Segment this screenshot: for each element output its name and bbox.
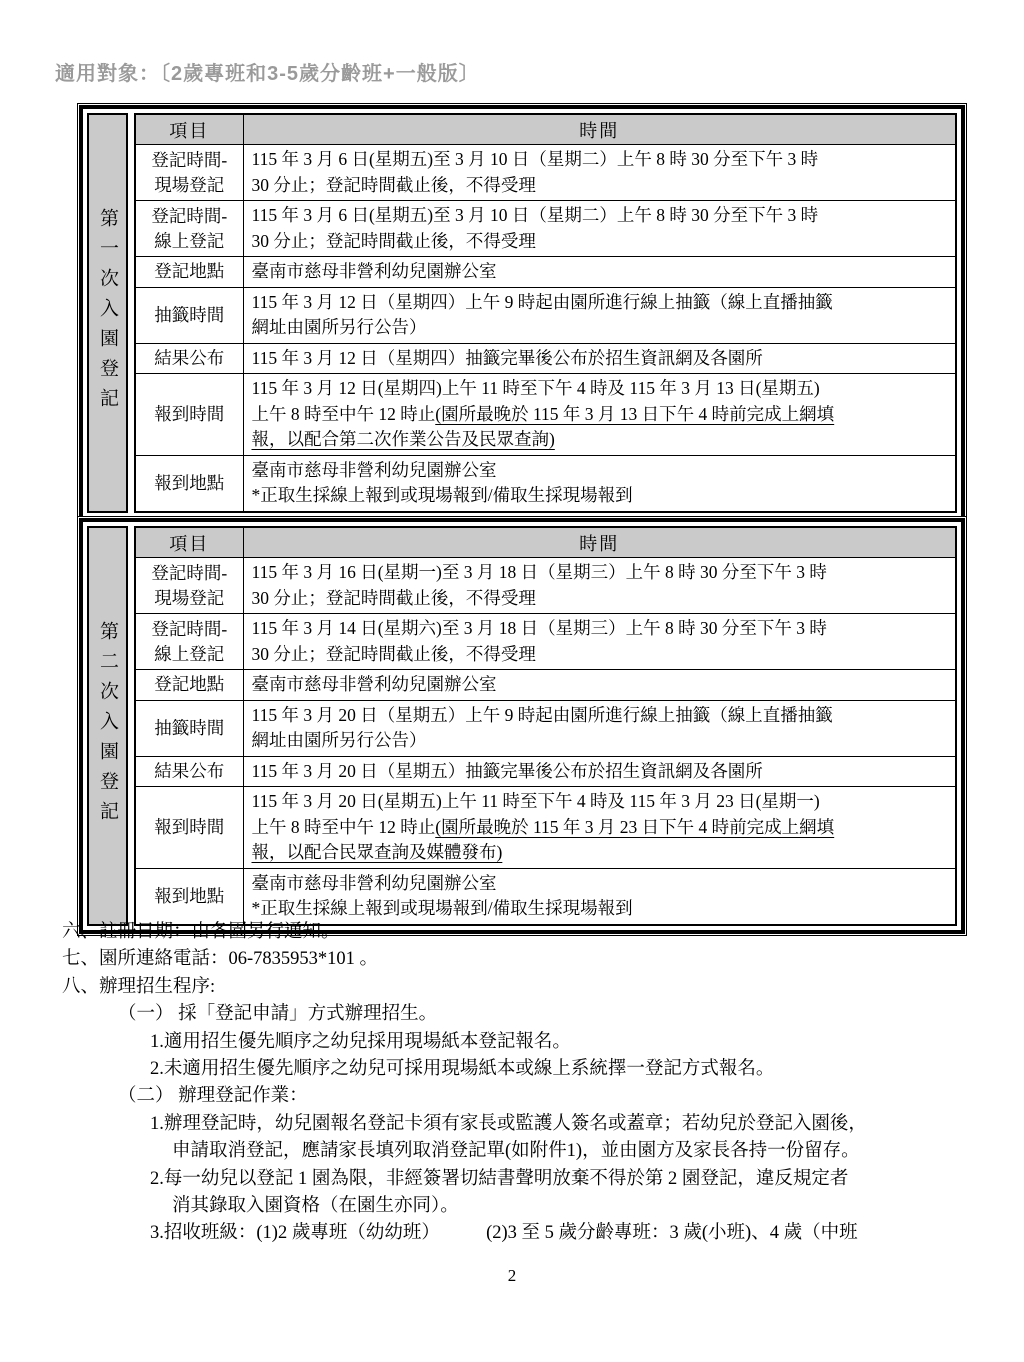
table-sidebar-label: 第一次入園登記 — [98, 208, 117, 418]
note-line: （二） 辦理登記作業： — [62, 1083, 1017, 1110]
table-row: 報到地點 臺南市慈母非營利幼兒園辦公室 *正取生採線上報到或現場報到/備取生採現… — [135, 868, 956, 925]
row-time-cell: 115 年 3 月 20 日（星期五）抽籤完畢後公布於招生資訊網及各園所 — [243, 756, 956, 787]
table-sidebar-label: 第二次入園登記 — [98, 621, 117, 831]
table-sidebar: 第一次入園登記 — [87, 113, 128, 513]
row-label-cell: 登記時間- 線上登記 — [135, 201, 243, 257]
column-header-time: 時間 — [243, 114, 956, 145]
table-frame: 第二次入園登記 項目 時間 登記時間- 現場登記 115 年 3 月 16 日(… — [79, 518, 965, 934]
row-time-cell: 115 年 3 月 20 日（星期五）上午 9 時起由園所進行線上抽籤（線上直播… — [243, 700, 956, 756]
row-time-cell: 115 年 3 月 16 日(星期一)至 3 月 18 日（星期三）上午 8 時… — [243, 558, 956, 614]
row-label-cell: 登記地點 — [135, 670, 243, 701]
row-time-cell: 115 年 3 月 12 日（星期四）上午 9 時起由園所進行線上抽籤（線上直播… — [243, 287, 956, 343]
time-text: 115 年 3 月 20 日（星期五）上午 9 時起由園所進行線上抽籤（線上直播… — [252, 705, 833, 751]
row-label-cell: 登記時間- 現場登記 — [135, 558, 243, 614]
applicability-label: 適用對象：〔2歲專班和3-5歲分齡班+一般版〕 — [55, 57, 480, 86]
row-label-cell: 結果公布 — [135, 343, 243, 374]
schedule-table: 項目 時間 登記時間- 現場登記 115 年 3 月 6 日(星期五)至 3 月… — [134, 113, 957, 513]
time-text: 115 年 3 月 6 日(星期五)至 3 月 10 日（星期二）上午 8 時 … — [252, 205, 819, 251]
notes-section: 六、註冊日期：由各園另行通知。 七、園所連絡電話：06-7835953*101 … — [62, 919, 1017, 1248]
table-row: 報到時間 115 年 3 月 20 日(星期五)上午 11 時至下午 4 時及 … — [135, 787, 956, 869]
row-label-cell: 報到時間 — [135, 374, 243, 456]
row-time-cell: 臺南市慈母非營利幼兒園辦公室 *正取生採線上報到或現場報到/備取生採現場報到 — [243, 455, 956, 512]
row-time-cell: 115 年 3 月 12 日(星期四)上午 11 時至下午 4 時及 115 年… — [243, 374, 956, 456]
time-text: 臺南市慈母非營利幼兒園辦公室 *正取生採線上報到或現場報到/備取生採現場報到 — [252, 460, 633, 506]
page-number: 2 — [0, 1266, 1024, 1286]
row-label-cell: 抽籤時間 — [135, 287, 243, 343]
row-time-cell: 115 年 3 月 14 日(星期六)至 3 月 18 日（星期三）上午 8 時… — [243, 614, 956, 670]
note-line: 八、辦理招生程序: — [62, 974, 1017, 1001]
time-text: 115 年 3 月 20 日（星期五）抽籤完畢後公布於招生資訊網及各園所 — [252, 761, 763, 781]
time-text: 115 年 3 月 16 日(星期一)至 3 月 18 日（星期三）上午 8 時… — [252, 562, 827, 608]
row-label-cell: 結果公布 — [135, 756, 243, 787]
column-header-time: 時間 — [243, 527, 956, 558]
row-time-cell: 臺南市慈母非營利幼兒園辦公室 — [243, 257, 956, 288]
table-row: 結果公布 115 年 3 月 12 日（星期四）抽籤完畢後公布於招生資訊網及各園… — [135, 343, 956, 374]
schedule-table: 項目 時間 登記時間- 現場登記 115 年 3 月 16 日(星期一)至 3 … — [134, 526, 957, 926]
table-row: 登記時間- 現場登記 115 年 3 月 6 日(星期五)至 3 月 10 日（… — [135, 145, 956, 201]
table-row: 登記時間- 線上登記 115 年 3 月 6 日(星期五)至 3 月 10 日（… — [135, 201, 956, 257]
row-label-cell: 抽籤時間 — [135, 700, 243, 756]
row-time-cell: 115 年 3 月 20 日(星期五)上午 11 時至下午 4 時及 115 年… — [243, 787, 956, 869]
note-line: 六、註冊日期：由各園另行通知。 — [62, 919, 1017, 946]
column-header-item: 項目 — [135, 527, 243, 558]
table-sidebar: 第二次入園登記 — [87, 526, 128, 926]
row-label-cell: 報到時間 — [135, 787, 243, 869]
note-line: 1.適用招生優先順序之幼兒採用現場紙本登記報名。 — [62, 1029, 1017, 1056]
row-label-cell: 報到地點 — [135, 868, 243, 925]
time-text: 臺南市慈母非營利幼兒園辦公室 — [252, 261, 497, 281]
time-text: 115 年 3 月 12 日（星期四）抽籤完畢後公布於招生資訊網及各園所 — [252, 348, 763, 368]
row-time-cell: 臺南市慈母非營利幼兒園辦公室 — [243, 670, 956, 701]
row-label-cell: 登記地點 — [135, 257, 243, 288]
table-row: 登記時間- 線上登記 115 年 3 月 14 日(星期六)至 3 月 18 日… — [135, 614, 956, 670]
row-time-cell: 115 年 3 月 6 日(星期五)至 3 月 10 日（星期二）上午 8 時 … — [243, 201, 956, 257]
table-row: 登記地點 臺南市慈母非營利幼兒園辦公室 — [135, 257, 956, 288]
row-time-cell: 115 年 3 月 12 日（星期四）抽籤完畢後公布於招生資訊網及各園所 — [243, 343, 956, 374]
row-label-cell: 登記時間- 現場登記 — [135, 145, 243, 201]
second-registration-table: 第二次入園登記 項目 時間 登記時間- 現場登記 115 年 3 月 16 日(… — [77, 516, 967, 936]
table-row: 登記時間- 現場登記 115 年 3 月 16 日(星期一)至 3 月 18 日… — [135, 558, 956, 614]
column-header-item: 項目 — [135, 114, 243, 145]
table-row: 報到地點 臺南市慈母非營利幼兒園辦公室 *正取生採線上報到或現場報到/備取生採現… — [135, 455, 956, 512]
first-registration-table: 第一次入園登記 項目 時間 登記時間- 現場登記 115 年 3 月 6 日(星… — [77, 103, 967, 523]
time-text: 115 年 3 月 14 日(星期六)至 3 月 18 日（星期三）上午 8 時… — [252, 618, 827, 664]
note-line: 2.未適用招生優先順序之幼兒可採用現場紙本或線上系統擇一登記方式報名。 — [62, 1056, 1017, 1083]
row-time-cell: 臺南市慈母非營利幼兒園辦公室 *正取生採線上報到或現場報到/備取生採現場報到 — [243, 868, 956, 925]
time-text: 臺南市慈母非營利幼兒園辦公室 *正取生採線上報到或現場報到/備取生採現場報到 — [252, 873, 633, 919]
note-line: 3.招收班級：(1)2 歲專班（幼幼班） (2)3 至 5 歲分齡專班：3 歲(… — [62, 1220, 1017, 1247]
time-text: 臺南市慈母非營利幼兒園辦公室 — [252, 674, 497, 694]
table-frame: 第一次入園登記 項目 時間 登記時間- 現場登記 115 年 3 月 6 日(星… — [79, 105, 965, 521]
note-line: 1.辦理登記時，幼兒園報名登記卡須有家長或監護人簽名或蓋章；若幼兒於登記入園後，… — [62, 1111, 1017, 1166]
table-row: 報到時間 115 年 3 月 12 日(星期四)上午 11 時至下午 4 時及 … — [135, 374, 956, 456]
note-line: 七、園所連絡電話：06-7835953*101 。 — [62, 946, 1017, 973]
row-label-cell: 報到地點 — [135, 455, 243, 512]
time-text: 115 年 3 月 12 日（星期四）上午 9 時起由園所進行線上抽籤（線上直播… — [252, 292, 833, 338]
time-text: 115 年 3 月 6 日(星期五)至 3 月 10 日（星期二）上午 8 時 … — [252, 149, 819, 195]
row-time-cell: 115 年 3 月 6 日(星期五)至 3 月 10 日（星期二）上午 8 時 … — [243, 145, 956, 201]
table-row: 抽籤時間 115 年 3 月 20 日（星期五）上午 9 時起由園所進行線上抽籤… — [135, 700, 956, 756]
note-line: 2.每一幼兒以登記 1 園為限，非經簽署切結書聲明放棄不得於第 2 園登記，違反… — [62, 1166, 1017, 1221]
table-row: 登記地點 臺南市慈母非營利幼兒園辦公室 — [135, 670, 956, 701]
table-row: 抽籤時間 115 年 3 月 12 日（星期四）上午 9 時起由園所進行線上抽籤… — [135, 287, 956, 343]
note-line: （一） 採「登記申請」方式辦理招生。 — [62, 1001, 1017, 1028]
table-row: 結果公布 115 年 3 月 20 日（星期五）抽籤完畢後公布於招生資訊網及各園… — [135, 756, 956, 787]
row-label-cell: 登記時間- 線上登記 — [135, 614, 243, 670]
